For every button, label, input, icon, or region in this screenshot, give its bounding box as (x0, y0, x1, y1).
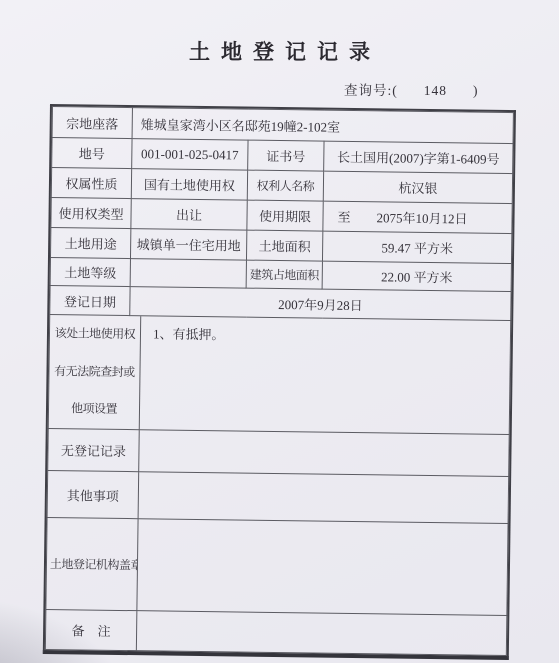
query-number-close: ) (473, 83, 479, 99)
land-use-label: 土地用途 (50, 228, 130, 259)
other-items-label: 其他事项 (47, 471, 139, 519)
table-row: 其他事项 (47, 471, 509, 524)
parcel-no-value: 001-001-025-0417 (132, 139, 248, 171)
encumbrance-label-line2: 有无法院查封或 (50, 362, 138, 380)
scanned-document-page: 土地登记记录 查询号:( 148 ) 宗地座落 雉城皇家湾小区名邸苑19幢2-1… (0, 0, 559, 663)
encumbrance-value: 1、有抵押。 (139, 316, 510, 434)
registration-table-upper: 宗地座落 雉城皇家湾小区名邸苑19幢2-102室 地号 001-001-025-… (49, 106, 514, 321)
remark-value (136, 611, 506, 656)
registration-table: 宗地座落 雉城皇家湾小区名邸苑19幢2-102室 地号 001-001-025-… (43, 104, 516, 660)
encumbrance-label-lines: 该处土地使用权 有无法院查封或 他项设置 (50, 315, 139, 429)
no-record-label: 无登记记录 (48, 429, 140, 472)
reg-date-value: 2007年9月28日 (130, 287, 511, 321)
holder-name-label: 权利人名称 (247, 170, 323, 201)
reg-date-label: 登记日期 (50, 286, 130, 316)
registry-seal-label: 土地登记机构盖章 (46, 517, 138, 610)
document-title: 土地登记记录 (0, 36, 559, 66)
table-row: 无登记记录 (48, 429, 510, 477)
encumbrance-label: 该处土地使用权 有无法院查封或 他项设置 (48, 315, 140, 430)
cert-no-label: 证书号 (248, 140, 324, 171)
registration-table-lower: 该处土地使用权 有无法院查封或 他项设置 1、有抵押。 无登记记录 其他事项 土… (45, 315, 511, 656)
land-area-label: 土地面积 (246, 230, 322, 261)
query-number: 查询号:( 148 ) (344, 79, 479, 99)
land-grade-value (130, 259, 246, 289)
query-number-value: 148 (424, 83, 447, 99)
land-area-value: 59.47 平方米 (322, 231, 511, 263)
no-record-value (139, 430, 510, 477)
use-term-label: 使用期限 (247, 200, 323, 231)
building-area-value: 22.00 平方米 (322, 261, 511, 291)
table-row: 土地登记机构盖章 (46, 517, 508, 615)
use-right-type-value: 出让 (131, 199, 247, 231)
use-term-date: 2075年10月12日 (376, 210, 467, 226)
building-area-label: 建筑占地面积 (246, 260, 322, 289)
parcel-location-label: 宗地座落 (52, 107, 132, 139)
use-right-type-label: 使用权类型 (51, 198, 131, 229)
table-row: 备 注 (45, 609, 506, 655)
remark-label: 备 注 (45, 609, 137, 650)
use-term-prefix: 至 (337, 210, 350, 225)
parcel-location-value: 雉城皇家湾小区名邸苑19幢2-102室 (132, 108, 513, 144)
ownership-nature-label: 权属性质 (51, 168, 131, 199)
land-grade-label: 土地等级 (50, 258, 130, 287)
use-term-value: 至2075年10月12日 (323, 201, 512, 233)
query-number-label: 查询号:( (344, 79, 398, 99)
cert-no-value: 长土国用(2007)字第1-6409号 (324, 141, 513, 173)
ownership-nature-value: 国有土地使用权 (131, 169, 247, 201)
holder-name-value: 杭汉银 (323, 171, 512, 203)
parcel-no-label: 地号 (52, 138, 132, 169)
table-row: 该处土地使用权 有无法院查封或 他项设置 1、有抵押。 (48, 315, 510, 435)
land-use-value: 城镇单一住宅用地 (130, 229, 246, 261)
registry-seal-value (137, 519, 508, 616)
encumbrance-label-line1: 该处土地使用权 (51, 324, 139, 342)
encumbrance-label-line3: 他项设置 (50, 399, 138, 417)
other-items-value (138, 472, 509, 524)
